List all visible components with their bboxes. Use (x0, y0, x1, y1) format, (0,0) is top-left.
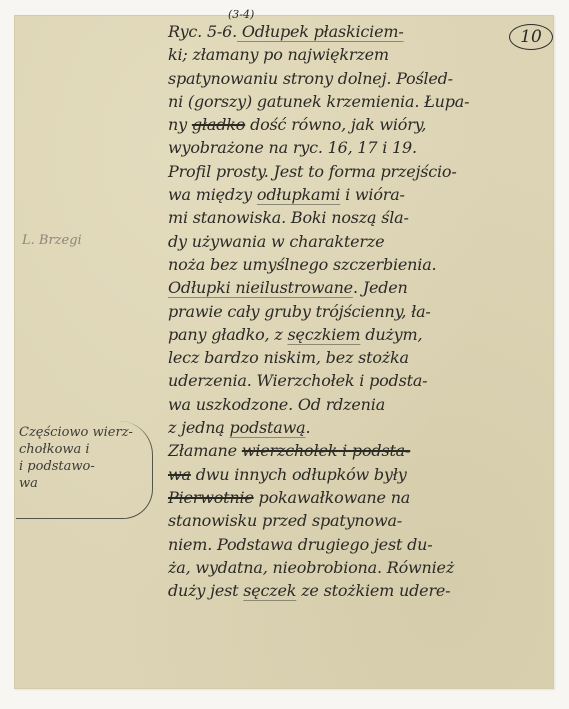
manuscript-line: wa dwu innych odłupków były (168, 463, 548, 486)
underlined-text: podstawą (230, 418, 306, 437)
manuscript-line: mi stanowiska. Boki noszą śla- (168, 206, 548, 229)
line-text: wa między (168, 185, 257, 204)
margin-note-line: Częściowo wierz- (19, 424, 149, 441)
line-text: dwu innych odłupków były (191, 465, 407, 484)
line-text: ki; złamany po najwiękrzem (168, 45, 389, 64)
manuscript-line: ni (gorszy) gatunek krzemienia. Łupa- (168, 90, 548, 113)
manuscript-line: lecz bardzo niskim, bez stożka (168, 346, 548, 369)
underlined-text: sęczek (243, 581, 296, 600)
line-text: ni (gorszy) gatunek krzemienia. Łupa- (168, 92, 469, 111)
line-text: noża bez umyślnego szczerbienia. (168, 255, 436, 274)
handwritten-body: Ryc. 5-6. Odłupek płaskiciem-ki; złamany… (168, 20, 548, 602)
scanned-manuscript-page: (3-4) 10 Ryc. 5-6. Odłupek płaskiciem-ki… (0, 0, 569, 709)
manuscript-line: noża bez umyślnego szczerbienia. (168, 253, 548, 276)
line-text: z jedną (168, 418, 230, 437)
line-text: ny (168, 115, 192, 134)
manuscript-line: pany gładko, z sęczkiem dużym, (168, 323, 548, 346)
manuscript-line: ki; złamany po najwiękrzem (168, 43, 548, 66)
manuscript-line: Pierwotnie pokawałkowane na (168, 486, 548, 509)
manuscript-line: niem. Podstawa drugiego jest du- (168, 533, 548, 556)
manuscript-line: Profil prosty. Jest to forma przejścio- (168, 160, 548, 183)
line-text: dy używania w charakterze (168, 232, 384, 251)
margin-note-line: i podstawo- (19, 458, 149, 475)
line-text: ża, wydatna, nieobrobiona. Również (168, 558, 454, 577)
manuscript-line: Ryc. 5-6. Odłupek płaskiciem- (168, 20, 548, 43)
underlined-text: Odłupek płaskiciem- (237, 22, 404, 41)
line-text: Ryc. 5-6. (168, 22, 237, 41)
manuscript-line: spatynowaniu strony dolnej. Pośled- (168, 67, 548, 90)
line-text: wa uszkodzone. Od rdzenia (168, 395, 385, 414)
margin-note-boxed: Częściowo wierz- chołkowa i i podstawo- … (19, 424, 149, 492)
line-text: dużym, (360, 325, 422, 344)
line-text: spatynowaniu strony dolnej. Pośled- (168, 69, 453, 88)
struck-through-text: gładko (192, 115, 245, 134)
manuscript-line: prawie cały gruby trójścienny, ła- (168, 300, 548, 323)
line-text: uderzenia. Wierzchołek i podsta- (168, 371, 427, 390)
line-text: Złamane (168, 441, 242, 460)
manuscript-line: wa uszkodzone. Od rdzenia (168, 393, 548, 416)
line-text: lecz bardzo niskim, bez stożka (168, 348, 409, 367)
line-text: pokawałkowane na (254, 488, 410, 507)
manuscript-line: dy używania w charakterze (168, 230, 548, 253)
manuscript-line: wyobrażone na ryc. 16, 17 i 19. (168, 136, 548, 159)
manuscript-line: Złamane wierzchołek i podsta- (168, 439, 548, 462)
line-text: i wióra- (340, 185, 405, 204)
margin-note-line: wa (19, 475, 149, 492)
line-text: dość równo, jak wióry, (245, 115, 426, 134)
manuscript-line: uderzenia. Wierzchołek i podsta- (168, 369, 548, 392)
manuscript-line: ny gładko dość równo, jak wióry, (168, 113, 548, 136)
line-text: stanowisku przed spatynowa- (168, 511, 402, 530)
line-text: niem. Podstawa drugiego jest du- (168, 535, 432, 554)
line-text: ze stożkiem udere- (296, 581, 450, 600)
line-text: . Jeden (353, 278, 408, 297)
line-text: pany gładko, z (168, 325, 287, 344)
struck-through-text: wa (168, 465, 191, 484)
margin-note-pencil: L. Brzegi (22, 233, 82, 248)
line-text: duży jest (168, 581, 243, 600)
line-text: wyobrażone na ryc. 16, 17 i 19. (168, 138, 417, 157)
underlined-text: odłupkami (257, 185, 340, 204)
margin-note-line: chołkowa i (19, 441, 149, 458)
underlined-text: Odłupki nieilustrowane (168, 278, 353, 297)
manuscript-line: duży jest sęczek ze stożkiem udere- (168, 579, 548, 602)
line-text: Profil prosty. Jest to forma przejścio- (168, 162, 457, 181)
manuscript-line: wa między odłupkami i wióra- (168, 183, 548, 206)
line-text: prawie cały gruby trójścienny, ła- (168, 302, 431, 321)
underlined-text: sęczkiem (287, 325, 360, 344)
struck-through-text: Pierwotnie (168, 488, 254, 507)
line-text: mi stanowiska. Boki noszą śla- (168, 208, 409, 227)
manuscript-line: z jedną podstawą. (168, 416, 548, 439)
struck-through-text: wierzchołek i podsta- (242, 441, 410, 460)
line-text: . (305, 418, 310, 437)
manuscript-line: stanowisku przed spatynowa- (168, 509, 548, 532)
manuscript-line: Odłupki nieilustrowane. Jeden (168, 276, 548, 299)
manuscript-line: ża, wydatna, nieobrobiona. Również (168, 556, 548, 579)
